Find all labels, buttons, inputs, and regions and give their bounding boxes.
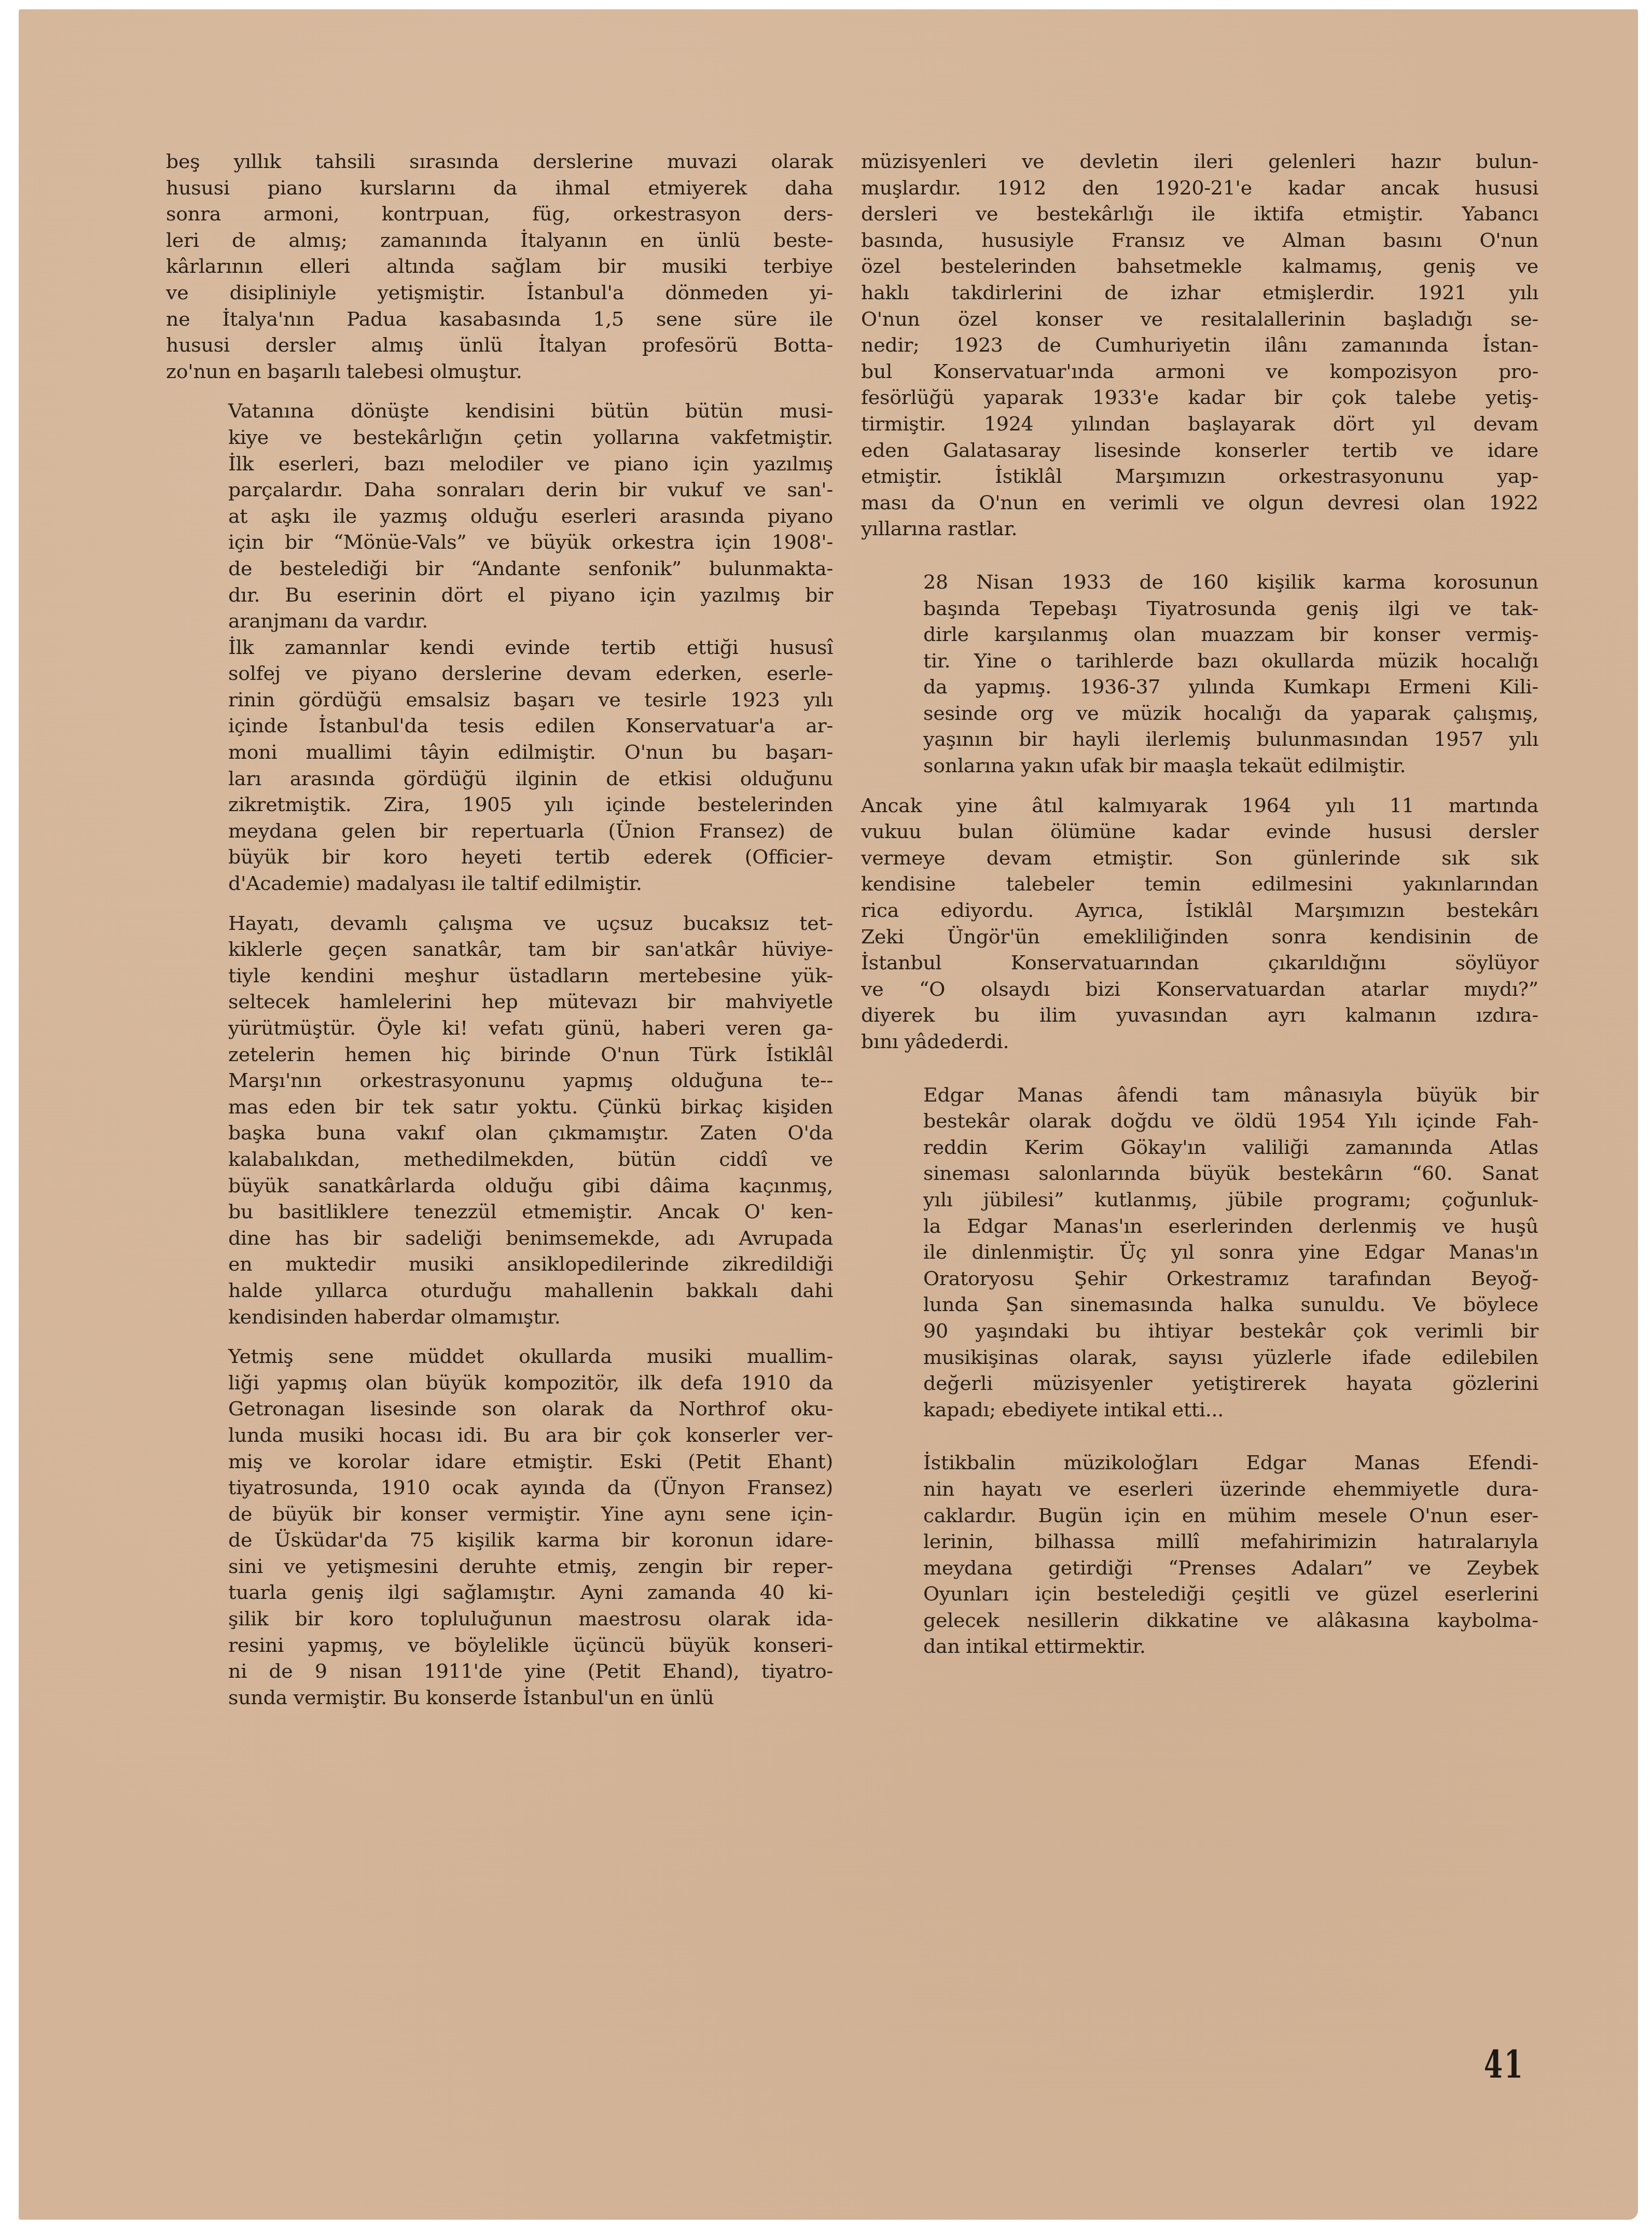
text-line: bu basitliklere tenezzül etmemiştir. Anc… — [166, 1199, 833, 1225]
text-line: bestekâr olarak doğdu ve öldü 1954 Yılı … — [861, 1108, 1538, 1134]
text-line: aranjmanı da vardır. — [166, 608, 833, 634]
text-line: lerinin, bilhassa millî mefahirimizin ha… — [861, 1528, 1538, 1555]
text-line: Zeki Üngör'ün emekliliğinden sonra kendi… — [861, 924, 1538, 950]
text-line: yıllarına rastlar. — [861, 516, 1538, 542]
text-line: solfej ve piyano derslerine devam ederke… — [166, 660, 833, 687]
right-column: müzisyenleri ve devletin ileri gelenleri… — [861, 148, 1538, 1660]
text-line: dersleri ve bestekârlığı ile iktifa etmi… — [861, 201, 1538, 227]
text-line: meydana gelen bir repertuarla (Ünion Fra… — [166, 818, 833, 844]
text-line: ni de 9 nisan 1911'de yine (Petit Ehand)… — [166, 1658, 833, 1684]
text-line: sonra armoni, kontrpuan, füg, orkestrasy… — [166, 201, 833, 227]
text-line: kalabalıkdan, methedilmekden, bütün cidd… — [166, 1146, 833, 1173]
text-line: nedir; 1923 de Cumhuriyetin ilânı zamanı… — [861, 332, 1538, 358]
text-line: dirle karşılanmış olan muazzam bir konse… — [861, 621, 1538, 648]
text-line: gelecek nesillerin dikkatine ve alâkasın… — [861, 1607, 1538, 1634]
text-line: zetelerin hemen hiç birinde O'nun Türk İ… — [166, 1041, 833, 1068]
text-line: 28 Nisan 1933 de 160 kişilik karma koros… — [861, 569, 1538, 595]
text-line: leri de almış; zamanında İtalyanın en ün… — [166, 227, 833, 254]
paragraph: İlk zamannlar kendi evinde tertib ettiği… — [166, 634, 833, 897]
text-line: eden Galatasaray lisesinde konserler ter… — [861, 437, 1538, 464]
text-line: vukuu bulan ölümüne kadar evinde hususi … — [861, 818, 1538, 845]
text-line: liği yapmış olan büyük kompozitör, ilk d… — [166, 1370, 833, 1396]
text-line: zikretmiştik. Zira, 1905 yılı içinde bes… — [166, 791, 833, 818]
text-line: caklardır. Bugün için en mühim mesele O'… — [861, 1502, 1538, 1529]
text-line: da yapmış. 1936-37 yılında Kumkapı Ermen… — [861, 674, 1538, 700]
text-line: Oratoryosu Şehir Orkestramız tarafından … — [861, 1265, 1538, 1292]
text-line: beş yıllık tahsili sırasında derslerine … — [166, 148, 833, 175]
text-line: halde yıllarca oturduğu mahallenin bakka… — [166, 1277, 833, 1304]
text-line: tuarla geniş ilgi sağlamıştır. Ayni zama… — [166, 1579, 833, 1606]
text-line: basında, hususiyle Fransız ve Alman bası… — [861, 227, 1538, 254]
text-line: nin hayatı ve eserleri üzerinde ehemmiye… — [861, 1476, 1538, 1502]
text-line: tirmiştir. 1924 yılından başlayarak dört… — [861, 411, 1538, 437]
text-line: kârlarının elleri altında sağlam bir mus… — [166, 253, 833, 280]
text-line: at aşkı ile yazmış olduğu eserleri arası… — [166, 503, 833, 530]
text-line: ve disipliniyle yetişmiştir. İstanbul'a … — [166, 280, 833, 306]
text-line: hususi dersler almış ünlü İtalyan profes… — [166, 332, 833, 358]
text-line: kendisinden haberdar olmamıştır. — [166, 1304, 833, 1330]
text-line: hususi piano kurslarını da ihmal etmiyer… — [166, 175, 833, 201]
text-line: seltecek hamlelerini hep mütevazı bir ma… — [166, 988, 833, 1015]
text-line: bını yâdederdi. — [861, 1028, 1538, 1055]
text-line: O'nun özel konser ve resitalallerinin ba… — [861, 306, 1538, 332]
text-line: Oyunları için bestelediği çeşitli ve güz… — [861, 1581, 1538, 1607]
paragraph: Yetmiş sene müddet okullarda musiki mual… — [166, 1343, 833, 1710]
text-line: diyerek bu ilim yuvasından ayrı kalmanın… — [861, 1002, 1538, 1028]
text-line: mas eden bir tek satır yoktu. Çünkü birk… — [166, 1094, 833, 1120]
text-line: İlk zamannlar kendi evinde tertib ettiği… — [166, 634, 833, 661]
text-line: rica ediyordu. Ayrıca, İstiklâl Marşımız… — [861, 897, 1538, 924]
text-line: sesinde org ve müzik hocalığı da yaparak… — [861, 700, 1538, 727]
text-line: moni muallimi tâyin edilmiştir. O'nun bu… — [166, 739, 833, 765]
text-line: Vatanına dönüşte kendisini bütün bütün m… — [166, 398, 833, 424]
text-line: başka buna vakıf olan çıkmamıştır. Zaten… — [166, 1120, 833, 1146]
paragraph: beş yıllık tahsili sırasında derslerine … — [166, 148, 833, 384]
paragraph: Hayatı, devamlı çalışma ve uçsuz bucaksı… — [166, 910, 833, 1330]
text-line: yaşının bir hayli ilerlemiş bulunmasında… — [861, 726, 1538, 753]
text-line: sineması salonlarında büyük bestekârın “… — [861, 1160, 1538, 1187]
text-line: İstikbalin müzikoloğları Edgar Manas Efe… — [861, 1450, 1538, 1476]
text-line: ları arasında gördüğü ilginin de etkisi … — [166, 765, 833, 792]
text-line: vermeye devam etmiştir. Son günlerinde s… — [861, 845, 1538, 871]
paragraph: Ancak yine âtıl kalmıyarak 1964 yılı 11 … — [861, 792, 1538, 1055]
text-line: dır. Bu eserinin dört el piyano için yaz… — [166, 582, 833, 608]
text-line: etmiştir. İstiklâl Marşımızın orkestrasy… — [861, 463, 1538, 490]
paragraph: İstikbalin müzikoloğları Edgar Manas Efe… — [861, 1450, 1538, 1660]
text-line: bul Konservatuar'ında armoni ve kompozis… — [861, 358, 1538, 385]
text-line: sonlarına yakın ufak bir maaşla tekaüt e… — [861, 753, 1538, 779]
text-line: müzisyenleri ve devletin ileri gelenleri… — [861, 148, 1538, 175]
text-line: tiyle kendini meşhur üstadların mertebes… — [166, 963, 833, 989]
text-line: kendisine talebeler temin edilmesini yak… — [861, 871, 1538, 897]
text-line: musikişinas olarak, sayısı yüzlerle ifad… — [861, 1344, 1538, 1371]
text-line: ve “O olsaydı bizi Konservatuardan atarl… — [861, 976, 1538, 1002]
text-line: İlk eserleri, bazı melodiler ve piano iç… — [166, 451, 833, 477]
text-line: sini ve yetişmesini deruhte etmiş, zengi… — [166, 1553, 833, 1580]
text-line: dan intikal ettirmektir. — [861, 1633, 1538, 1660]
text-line: tiyatrosunda, 1910 ocak ayında da (Ünyon… — [166, 1474, 833, 1501]
magazine-page: beş yıllık tahsili sırasında derslerine … — [19, 9, 1638, 2220]
paragraph: Edgar Manas âfendi tam mânasıyla büyük b… — [861, 1082, 1538, 1423]
text-line: sunda vermiştir. Bu konserde İstanbul'un… — [166, 1684, 833, 1711]
paragraph: müzisyenleri ve devletin ileri gelenleri… — [861, 148, 1538, 542]
text-line: İstanbul Konservatuarından çıkarıldığını… — [861, 950, 1538, 976]
page-number: 41 — [1484, 2042, 1524, 2086]
text-line: la Edgar Manas'ın eserlerinden derlenmiş… — [861, 1213, 1538, 1240]
text-line: de bestelediği bir “Andante senfonik” bu… — [166, 555, 833, 582]
text-line: resini yapmış, ve böylelikle üçüncü büyü… — [166, 1632, 833, 1659]
text-line: rinin gördüğü emsalsiz başarı ve tesirle… — [166, 687, 833, 713]
text-line: başında Tepebaşı Tiyatrosunda geniş ilgi… — [861, 595, 1538, 622]
text-line: en muktedir musiki ansiklopedilerinde zi… — [166, 1251, 833, 1277]
text-line: için bir “Mönüe-Vals” ve büyük orkestra … — [166, 529, 833, 555]
paragraph: 28 Nisan 1933 de 160 kişilik karma koros… — [861, 569, 1538, 779]
text-line: reddin Kerim Gökay'ın valiliği zamanında… — [861, 1134, 1538, 1161]
text-line: miş ve korolar idare etmiştir. Eski (Pet… — [166, 1449, 833, 1475]
text-line: ne İtalya'nın Padua kasabasında 1,5 sene… — [166, 306, 833, 332]
text-line: Edgar Manas âfendi tam mânasıyla büyük b… — [861, 1082, 1538, 1108]
text-line: ması da O'nun en verimli ve olgun devres… — [861, 490, 1538, 516]
text-line: lunda musiki hocası idi. Bu ara bir çok … — [166, 1422, 833, 1449]
text-line: kiklerle geçen sanatkâr, tam bir san'atk… — [166, 936, 833, 963]
text-line: tir. Yine o tarihlerde bazı okullarda mü… — [861, 648, 1538, 674]
text-line: Yetmiş sene müddet okullarda musiki mual… — [166, 1343, 833, 1370]
text-line: dine has bir sadeliği benimsemekde, adı … — [166, 1225, 833, 1251]
text-line: lunda Şan sinemasında halka sunuldu. Ve … — [861, 1291, 1538, 1318]
text-line: özel bestelerinden bahsetmekle kalmamış,… — [861, 253, 1538, 280]
text-line: ile dinlenmiştir. Üç yıl sonra yine Edga… — [861, 1239, 1538, 1265]
text-line: kapadı; ebediyete intikal etti... — [861, 1397, 1538, 1423]
text-line: muşlardır. 1912 den 1920-21'e kadar anca… — [861, 175, 1538, 201]
text-line: Ancak yine âtıl kalmıyarak 1964 yılı 11 … — [861, 792, 1538, 819]
text-line: büyük sanatkârlarda olduğu gibi dâima ka… — [166, 1173, 833, 1199]
text-line: meydana getirdiği “Prenses Adaları” ve Z… — [861, 1555, 1538, 1581]
text-line: yılı jübilesi” kutlanmış, jübile program… — [861, 1187, 1538, 1213]
text-line: kiye ve bestekârlığın çetin yollarına va… — [166, 424, 833, 451]
text-line: değerli müzisyenler yetiştirerek hayata … — [861, 1370, 1538, 1397]
text-line: d'Academie) madalyası ile taltif edilmiş… — [166, 870, 833, 897]
left-column: beş yıllık tahsili sırasında derslerine … — [166, 148, 833, 1710]
text-line: şilik bir koro topluluğunun maestrosu ol… — [166, 1606, 833, 1632]
text-line: fesörlüğü yaparak 1933'e kadar bir çok t… — [861, 384, 1538, 411]
text-line: büyük bir koro heyeti tertib ederek (Off… — [166, 844, 833, 870]
text-line: yürütmüştür. Öyle ki! vefatı günü, haber… — [166, 1015, 833, 1041]
text-line: parçalardır. Daha sonraları derin bir vu… — [166, 477, 833, 503]
text-line: de büyük bir konser vermiştir. Yine aynı… — [166, 1501, 833, 1527]
text-line: 90 yaşındaki bu ihtiyar bestekâr çok ver… — [861, 1318, 1538, 1344]
text-line: içinde İstanbul'da tesis edilen Konserva… — [166, 713, 833, 739]
text-line: Getronagan lisesinde son olarak da North… — [166, 1396, 833, 1422]
paragraph: Vatanına dönüşte kendisini bütün bütün m… — [166, 398, 833, 634]
text-line: de Üsküdar'da 75 kişilik karma bir koron… — [166, 1527, 833, 1553]
text-line: zo'nun en başarılı talebesi olmuştur. — [166, 358, 833, 385]
text-line: Marşı'nın orkestrasyonunu yapmış olduğun… — [166, 1067, 833, 1094]
text-line: haklı takdirlerini de izhar etmişlerdir.… — [861, 280, 1538, 306]
text-line: Hayatı, devamlı çalışma ve uçsuz bucaksı… — [166, 910, 833, 937]
